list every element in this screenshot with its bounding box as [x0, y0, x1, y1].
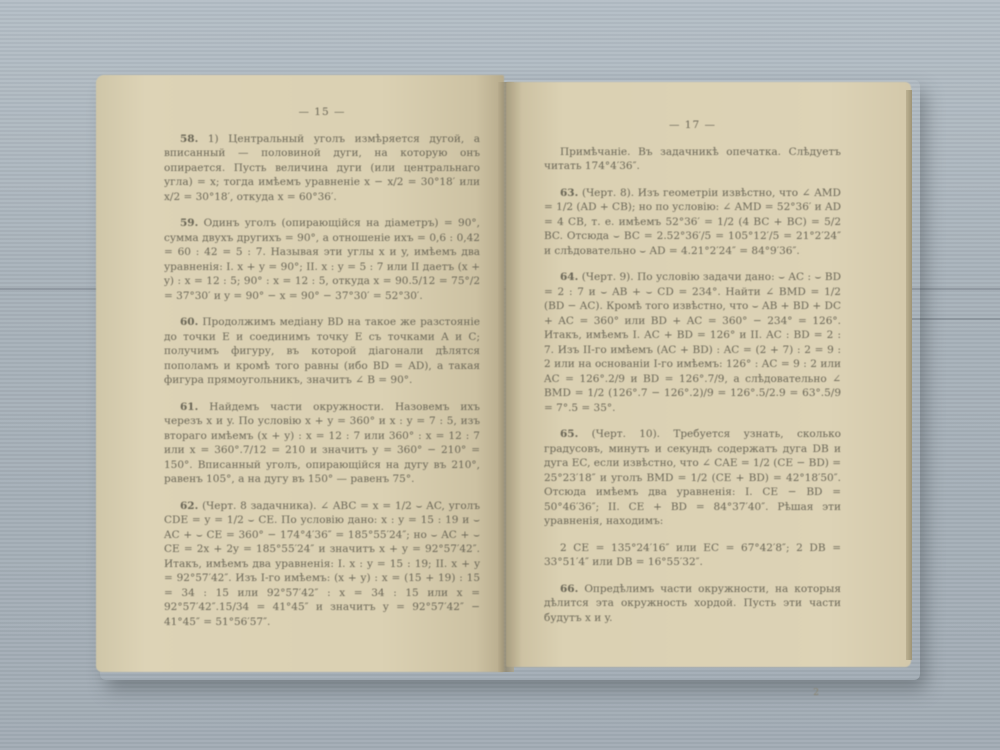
- paragraph: 63. (Черт. 8). Изъ геометріи извѣстно, ч…: [544, 186, 841, 259]
- problem-number: 61.: [180, 401, 198, 413]
- problem-number: 66.: [560, 583, 578, 595]
- problem-number: 58.: [180, 133, 198, 145]
- signature-mark: 2: [813, 686, 819, 701]
- left-page-text: 58. 1) Центральный уголъ измѣряется дуго…: [164, 132, 480, 630]
- paragraph-text: Примѣчаніе. Въ задачникѣ опечатка. Слѣду…: [544, 146, 841, 173]
- paragraph-text: Опредѣлимъ части окружности, на которыя …: [544, 583, 841, 624]
- problem-number: 64.: [560, 271, 578, 283]
- paragraph: 2 CE = 135°24′16″ или EC = 67°42′8″; 2 D…: [544, 541, 841, 570]
- paragraph: 65. (Черт. 10). Требуется узнать, скольк…: [544, 427, 841, 529]
- problem-number: 62.: [180, 500, 198, 512]
- paragraph: 66. Опредѣлимъ части окружности, на кото…: [544, 582, 841, 626]
- paragraph-text: (Черт. 9). По условію задачи дано: ⌣ AC …: [544, 271, 841, 414]
- problem-number: 63.: [560, 187, 578, 199]
- page-stack-edge: [906, 90, 912, 660]
- paragraph-text: Продолжимъ медіану BD на такое же разсто…: [164, 316, 480, 386]
- problem-number: 60.: [180, 316, 198, 328]
- paragraph-text: 1) Центральный уголъ измѣряется дугой, а…: [164, 133, 480, 203]
- paragraph-text: (Черт. 10). Требуется узнать, сколько гр…: [544, 428, 841, 527]
- paragraph-text: (Черт. 8 задачника). ∠ ABC = x = 1/2 ⌣ A…: [164, 500, 480, 628]
- paragraph: 58. 1) Центральный уголъ измѣряется дуго…: [164, 132, 480, 205]
- paragraph: 61. Найдемъ части окружности. Назовемъ и…: [164, 400, 480, 487]
- right-page: — 17 — Примѣчаніе. Въ задачникѣ опечатка…: [506, 82, 911, 667]
- paragraph: Примѣчаніе. Въ задачникѣ опечатка. Слѣду…: [544, 145, 841, 174]
- problem-number: 59.: [180, 217, 198, 229]
- problem-number: 65.: [560, 428, 578, 440]
- page-number: — 15 —: [164, 105, 480, 120]
- left-page: — 15 — 58. 1) Центральный уголъ измѣряет…: [96, 75, 504, 672]
- right-page-text: Примѣчаніе. Въ задачникѣ опечатка. Слѣду…: [544, 145, 841, 626]
- paragraph-text: 2 CE = 135°24′16″ или EC = 67°42′8″; 2 D…: [544, 542, 841, 569]
- paragraph-text: Одинъ уголъ (опирающійся на діаметръ) = …: [164, 217, 480, 302]
- paragraph: 60. Продолжимъ медіану BD на такое же ра…: [164, 315, 480, 388]
- paragraph: 62. (Черт. 8 задачника). ∠ ABC = x = 1/2…: [164, 499, 480, 630]
- page-number: — 17 —: [544, 118, 841, 133]
- paragraph-text: (Черт. 8). Изъ геометріи извѣстно, что ∠…: [544, 187, 841, 257]
- paragraph: 59. Одинъ уголъ (опирающійся на діаметръ…: [164, 216, 480, 303]
- paragraph-text: Найдемъ части окружности. Назовемъ ихъ ч…: [164, 401, 480, 486]
- paragraph: 64. (Черт. 9). По условію задачи дано: ⌣…: [544, 270, 841, 415]
